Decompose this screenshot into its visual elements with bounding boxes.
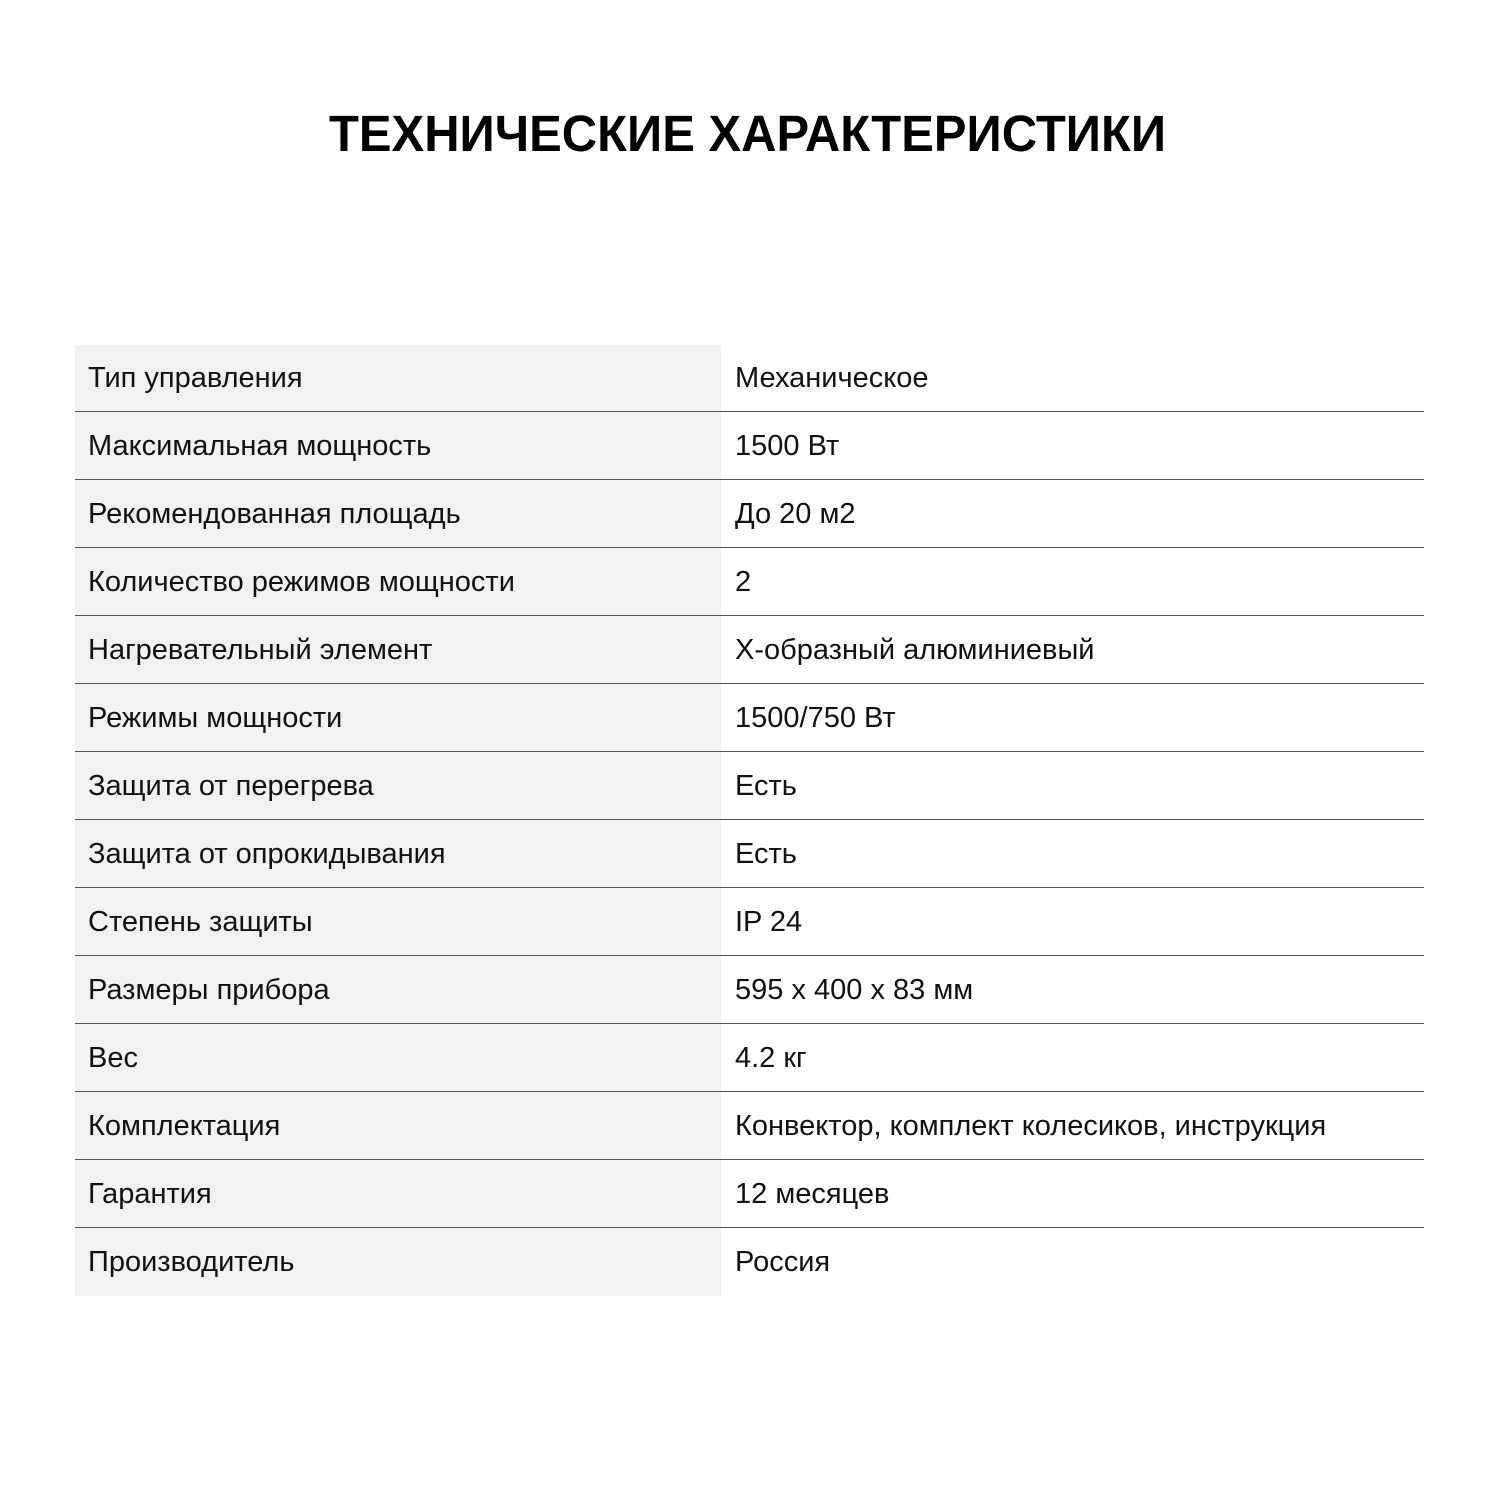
spec-label: Степень защиты <box>75 888 721 956</box>
spec-value: 595 х 400 х 83 мм <box>721 956 1424 1024</box>
spec-label: Гарантия <box>75 1160 721 1228</box>
spec-row: Защита от опрокидывания Есть <box>75 820 1424 888</box>
spec-label: Комплектация <box>75 1092 721 1160</box>
spec-row: Комплектация Конвектор, комплект колесик… <box>75 1092 1424 1160</box>
spec-label: Защита от перегрева <box>75 752 721 820</box>
spec-value: Есть <box>721 820 1424 888</box>
spec-row: Защита от перегрева Есть <box>75 752 1424 820</box>
spec-row: Рекомендованная площадь До 20 м2 <box>75 480 1424 548</box>
spec-value: 2 <box>721 548 1424 616</box>
spec-value: 4.2 кг <box>721 1024 1424 1092</box>
spec-label: Количество режимов мощности <box>75 548 721 616</box>
spec-row: Гарантия 12 месяцев <box>75 1160 1424 1228</box>
spec-value: Х-образный алюминиевый <box>721 616 1424 684</box>
spec-label: Нагревательный элемент <box>75 616 721 684</box>
spec-label: Размеры прибора <box>75 956 721 1024</box>
spec-value: Есть <box>721 752 1424 820</box>
specs-table: Тип управления Механическое Максимальная… <box>75 345 1424 1296</box>
spec-row: Режимы мощности 1500/750 Вт <box>75 684 1424 752</box>
spec-label: Рекомендованная площадь <box>75 480 721 548</box>
spec-row: Нагревательный элемент Х-образный алюмин… <box>75 616 1424 684</box>
spec-row: Вес 4.2 кг <box>75 1024 1424 1092</box>
spec-label: Тип управления <box>75 345 721 412</box>
spec-value: До 20 м2 <box>721 480 1424 548</box>
spec-value: Россия <box>721 1228 1424 1296</box>
spec-row: Размеры прибора 595 х 400 х 83 мм <box>75 956 1424 1024</box>
page-title: ТЕХНИЧЕСКИЕ ХАРАКТЕРИСТИКИ <box>30 104 1465 163</box>
spec-label: Режимы мощности <box>75 684 721 752</box>
spec-row: Производитель Россия <box>75 1228 1424 1296</box>
spec-label: Максимальная мощность <box>75 412 721 480</box>
spec-value: Конвектор, комплект колесиков, инструкци… <box>721 1092 1424 1160</box>
spec-row: Количество режимов мощности 2 <box>75 548 1424 616</box>
spec-label: Производитель <box>75 1228 721 1296</box>
spec-value: 1500/750 Вт <box>721 684 1424 752</box>
spec-value: 1500 Вт <box>721 412 1424 480</box>
spec-row: Максимальная мощность 1500 Вт <box>75 412 1424 480</box>
spec-value: IP 24 <box>721 888 1424 956</box>
spec-label: Вес <box>75 1024 721 1092</box>
spec-value: 12 месяцев <box>721 1160 1424 1228</box>
spec-label: Защита от опрокидывания <box>75 820 721 888</box>
spec-value: Механическое <box>721 345 1424 412</box>
spec-row: Тип управления Механическое <box>75 345 1424 412</box>
spec-row: Степень защиты IP 24 <box>75 888 1424 956</box>
